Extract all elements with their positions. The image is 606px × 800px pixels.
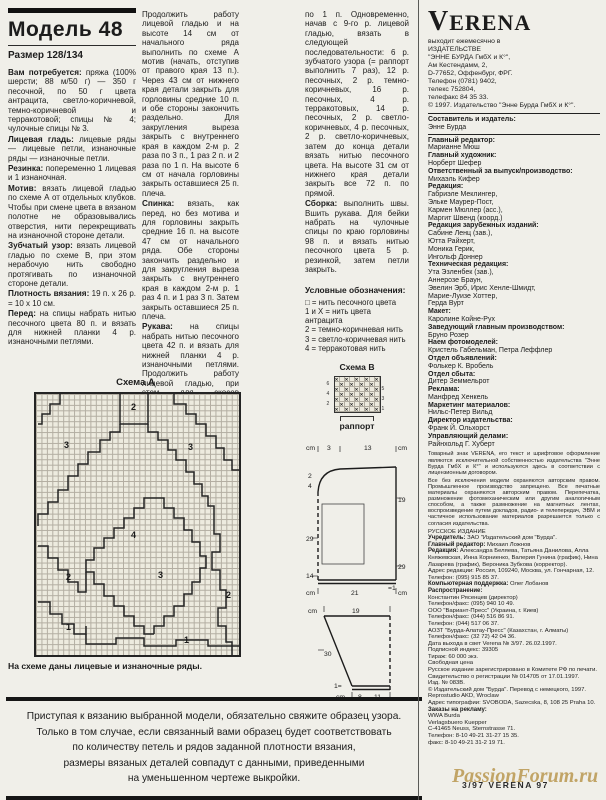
gauge-notice: Приступая к вязанию выбранной модели, об…	[6, 697, 422, 800]
masthead-column: VERENA выходит ежемесячно вИЗДАТЕЛЬСТВЕ"…	[428, 6, 600, 794]
text-line: Редакция: Александра Беляева, Татьяна Да…	[428, 548, 600, 568]
text-line: "ЭННЕ БУРДА ГмбХ и К°",	[428, 54, 600, 62]
staff-name: Энне Бурда	[428, 124, 600, 132]
chart-a-title: Схема А	[34, 377, 237, 388]
rapport-label: раппорт	[305, 422, 409, 431]
staff-entry: Реклама:Манфред Хенкель	[428, 386, 600, 402]
text-line: Только в том случае, если связанный вами…	[8, 725, 420, 741]
staff-role: Редакция:	[428, 183, 600, 191]
staff-name: Ютта Райхерт,	[428, 238, 600, 246]
chart-region-label: 5	[382, 385, 385, 394]
text-line: D-77652, Оффенбург, ФРГ.	[428, 70, 600, 78]
text-line: на уменьшенном чертеже выкройки.	[8, 771, 420, 787]
left-instructions-column: Вам потребуется: пряжа (100% шерсти; 88 …	[8, 68, 136, 348]
text-line: © 1997. Издательство "Энне Бурда ГмбХ и …	[428, 102, 600, 110]
paragraph: Сборка: выполнить швы. Вшить рукава. Для…	[305, 199, 409, 274]
chart-b-title: Схема В	[305, 363, 409, 372]
paragraph: Продолжить работу лицевой гладью и на вы…	[142, 10, 239, 198]
staff-name: Габриэле Меклингер,	[428, 191, 600, 199]
staff-role: Отдел сбыта:	[428, 371, 600, 379]
text-line: по количеству петель и рядов заданной пл…	[8, 740, 420, 756]
publisher-info: выходит ежемесячно вИЗДАТЕЛЬСТВЕ"ЭННЕ БУ…	[428, 38, 600, 110]
front-left-height: 29	[306, 536, 314, 543]
staff-name: Герда Вурт	[428, 300, 600, 308]
chart-b: Схема В ✕✕✕✕✕✕✕✕✕✕✕✕✕✕✕✕✕✕✕✕✕✕✕✕✕✕✕✕✕✕✕✕…	[305, 363, 409, 432]
paragraph: Мотив: вязать лицевой гладью по схеме А …	[8, 184, 136, 240]
magazine-page: Модель 48 Размер 128/134 Вам потребуется…	[0, 0, 606, 800]
staff-name: Нильс-Петер Вильд	[428, 409, 600, 417]
chart-region-label: 6	[327, 380, 330, 389]
staff-entry: Техническая редакция:Ута Эзленбек (зав.)…	[428, 261, 600, 308]
text-line: телекс 752804,	[428, 86, 600, 94]
staff-name: Норберт Шефер	[428, 160, 600, 168]
staff-role: Отдел объявлений:	[428, 355, 600, 363]
front-neck-width: 3	[327, 445, 331, 452]
staff-entry: Главный редактор:Марианне Мюш	[428, 137, 600, 153]
staff-name: Ута Эзленбек (зав.),	[428, 269, 600, 277]
front-cm-top-left: cm	[306, 445, 315, 452]
staff-name: Моника Герик,	[428, 246, 600, 254]
text-line: Заказы на рекламу:	[428, 707, 600, 714]
text-line: 4 = терракотовая нить	[305, 344, 409, 353]
text-line: АОЗТ "Бурда-Алатау-Пресс" (Казахстан, г.…	[428, 628, 600, 635]
schematic-sleeve: cm 19 30 1= cm 8 11	[306, 602, 408, 702]
front-bottom-width: 21	[351, 590, 359, 596]
front-right-lower: 29	[398, 564, 406, 571]
legend-items: □ = нить песочного цвета1 и X = нить цве…	[305, 298, 409, 353]
text-line: 1 и X = нить цвета антрацита	[305, 307, 409, 325]
front-shoulder-width: 13	[364, 445, 372, 452]
staff-entry: Редакция:Габриэле Меклингер,Эльке Маурер…	[428, 183, 600, 222]
chart-region-label: 3	[188, 442, 193, 452]
text-line: телефакс 84 35 33.	[428, 94, 600, 102]
text-line: Компьютерная поддержка: Олег Лобанов	[428, 581, 600, 588]
staff-role: Редакция зарубежных изданий:	[428, 222, 600, 230]
text-line: Телефон: 8-10 49-21 31-27 15 35.	[428, 733, 600, 740]
text-line: Адрес типографии: SVOBODA, Sazecska, 8, …	[428, 700, 600, 707]
russian-edition-info: РУССКОЕ ИЗДАНИЕУчредитель: ЗАО "Издатель…	[428, 529, 600, 747]
staff-name: Каролине Койне-Рух	[428, 316, 600, 324]
chart-region-label: 2	[131, 402, 136, 412]
paragraph: Спинка: вязать, как перед, но без мотива…	[142, 199, 239, 321]
staff-entry: Макет:Каролине Койне-Рух	[428, 308, 600, 324]
staff-role: Управляющий делами:	[428, 433, 600, 441]
text-line: ООО "Вариант-Пресс" (Украина, г. Киев)	[428, 608, 600, 615]
right-instructions-column: по 1 п. Одновременно, начав с 9-го р. ли…	[305, 10, 409, 702]
text-line: Товарный знак VERENA, его текст и шрифто…	[428, 451, 600, 475]
staff-entry: Наем фотомоделей:Кристель Габельман, Пет…	[428, 339, 600, 355]
text-line: Ам Кестендамм, 2,	[428, 62, 600, 70]
chart-region-label: 1	[382, 405, 385, 414]
text-line: Телефон: (044) 517 06 37.	[428, 621, 600, 628]
paragraph: по 1 п. Одновременно, начав с 9-го р. ли…	[305, 10, 409, 198]
sleeve-cm-top: cm	[308, 608, 317, 615]
chart-region-label: 2	[327, 400, 330, 409]
staff-role: Наем фотомоделей:	[428, 339, 600, 347]
staff-name: Райнхольд Г. Хуберт	[428, 441, 600, 449]
staff-role: Техническая редакция:	[428, 261, 600, 269]
staff-name: Фолькер К. Вробель	[428, 363, 600, 371]
chart-region-label: 3	[382, 395, 385, 404]
front-neck-depth-1: 2	[308, 473, 312, 480]
text-line: выходит ежемесячно в	[428, 38, 600, 46]
paragraph: Вам потребуется: пряжа (100% шерсти; 88 …	[8, 68, 136, 134]
staff-role: Макет:	[428, 308, 600, 316]
text-line: 3 = светло-коричневая нить	[305, 335, 409, 344]
text-line: Телефон (0781) 9402,	[428, 78, 600, 86]
sleeve-top-width: 19	[352, 608, 360, 615]
sleeve-left-height: 30	[324, 651, 332, 658]
text-line: Все без исключения модели охраняются авт…	[428, 478, 600, 527]
chart-region-label: 2	[66, 572, 71, 582]
front-cm-bottom-left: cm	[306, 590, 315, 596]
paragraph: Лицевая гладь: лицевые ряды — лицевые пе…	[8, 135, 136, 163]
staff-role: Директор издательства:	[428, 417, 600, 425]
front-left-lower: 14	[306, 573, 314, 580]
verena-logo: VERENA	[428, 6, 600, 38]
page-title: Модель 48	[8, 18, 136, 42]
staff-name: Эльке Маурер-Пост,	[428, 199, 600, 207]
chart-b-area: ✕✕✕✕✕✕✕✕✕✕✕✕✕✕✕✕✕✕✕✕✕✕✕✕✕✕✕✕✕✕✕✕ 642531	[334, 376, 381, 413]
chart-region-label: 2	[226, 590, 231, 600]
staff-role: Составитель и издатель:	[428, 116, 600, 124]
schematic-front-piece: cm 3 13 cm 2 4 29 14 19 29 cm 21 =1 cm	[306, 438, 408, 596]
text-line: Verlagsbuero Kuepper	[428, 720, 600, 727]
chart-a-grid: 233423211	[34, 392, 241, 657]
stitch-anthracite: ✕	[375, 407, 380, 412]
text-line: Адрес редакции: Россия, 109240, Москва, …	[428, 568, 600, 581]
chart-a-region-outlines	[36, 394, 239, 655]
staff-name: Эвелин Эрб, Ирис Хенле-Шмидт,	[428, 285, 600, 293]
text-line: ИЗДАТЕЛЬСТВЕ	[428, 46, 600, 54]
front-cm-top-right: cm	[398, 445, 407, 452]
paragraph: Плотность вязания: 19 п. х 26 р. = 10 х …	[8, 289, 136, 308]
paragraph: Перед: на спицы набрать нитью песочного …	[8, 309, 136, 347]
staff-role: Маркетинг материалов:	[428, 402, 600, 410]
text-line: □ = нить песочного цвета	[305, 298, 409, 307]
staff-entry: Отдел сбыта:Дитер Земмельрот	[428, 371, 600, 387]
staff-name: Дитер Земмельрот	[428, 378, 600, 386]
text-line: C-41465 Neuss, Sternstrasse 71.	[428, 726, 600, 733]
text-line: Подписной индекс: 39305	[428, 647, 600, 654]
text-line: Телефон/факс: (32 72) 42 04 36.	[428, 634, 600, 641]
text-line: Свободная цена	[428, 660, 600, 667]
staff-entry: Отдел объявлений:Фолькер К. Вробель	[428, 355, 600, 371]
staff-entry: Заведующий главным производством:Бруно Р…	[428, 324, 600, 340]
chart-region-label: 3	[64, 440, 69, 450]
column-divider	[418, 0, 419, 800]
staff-role: Реклама:	[428, 386, 600, 394]
text-line: Главный редактор: Михаил Ложнов	[428, 542, 600, 549]
front-cm-bottom-right: cm	[398, 590, 407, 596]
staff-entry: Управляющий делами:Райнхольд Г. Хуберт	[428, 433, 600, 449]
sleeve-eq-one: 1=	[334, 683, 342, 690]
right-column-paragraphs: по 1 п. Одновременно, начав с 9-го р. ли…	[305, 10, 409, 274]
staff-list: Составитель и издатель:Энне БурдаГлавный…	[428, 113, 600, 448]
text-line: Распространение:	[428, 588, 600, 595]
paragraph: Зубчатый узор: вязать лицевой гладью по …	[8, 241, 136, 288]
staff-entry: Составитель и издатель:Энне Бурда	[428, 113, 600, 135]
text-line: Учредитель: ЗАО "Издательский дом "Бурда…	[428, 535, 600, 542]
staff-role: Главный редактор:	[428, 137, 600, 145]
staff-name: Франк Й. Ольхорст	[428, 425, 600, 433]
text-line: Приступая к вязанию выбранной модели, об…	[8, 709, 420, 725]
copyright-fine-print: Товарный знак VERENA, его текст и шрифто…	[428, 451, 600, 526]
staff-name: Михаэль Кифер	[428, 176, 600, 184]
chart-region-label: 1	[66, 622, 71, 632]
chart-region-label: 4	[131, 530, 136, 540]
model-title-block: Модель 48	[8, 8, 136, 46]
staff-entry: Редакция зарубежных изданий:Сабине Ленц …	[428, 222, 600, 261]
chart-a-caption: На схеме даны лицевые и изнаночные ряды.	[8, 661, 258, 671]
staff-name: Аннерозе Браун,	[428, 277, 600, 285]
text-line: факс: 8-10 49-21 31-2 19 71.	[428, 740, 600, 747]
forum-watermark: PassionForum.ru	[452, 765, 598, 788]
chart-region-label: 1	[184, 635, 189, 645]
legend-title: Условные обозначения:	[305, 286, 409, 295]
front-right-upper: 19	[398, 497, 406, 504]
staff-entry: Маркетинг материалов:Нильс-Петер Вильд	[428, 402, 600, 418]
paragraph: Резинка: попеременно 1 лицевая и 1 изнан…	[8, 164, 136, 183]
text-line: размеры вязаных деталей совпадут с данны…	[8, 756, 420, 772]
staff-name: Кармен Мюллер (асс.),	[428, 207, 600, 215]
symbols-legend: Условные обозначения: □ = нить песочного…	[305, 286, 409, 353]
text-line: WWA Burda	[428, 713, 600, 720]
chart-region-label: 3	[158, 570, 163, 580]
text-line: Тираж: 60 000 экз.	[428, 654, 600, 661]
text-line: Русское издание зарегистрировано в Комит…	[428, 667, 600, 680]
staff-name: Манфред Хенкель	[428, 394, 600, 402]
staff-entry: Главный художник:Норберт Шефер	[428, 152, 600, 168]
staff-role: Заведующий главным производством:	[428, 324, 600, 332]
staff-name: Ингольф Доннер	[428, 254, 600, 262]
staff-entry: Директор издательства:Франк Й. Ольхорст	[428, 417, 600, 433]
text-line: Изд. № 083В.	[428, 680, 600, 687]
staff-entry: Ответственный за выпуск/производство:Мих…	[428, 168, 600, 184]
staff-name: Сабине Ленц (зав.),	[428, 230, 600, 238]
text-line: © Издательский дом "Бурда". Перевод с не…	[428, 687, 600, 694]
chart-b-grid: ✕✕✕✕✕✕✕✕✕✕✕✕✕✕✕✕✕✕✕✕✕✕✕✕✕✕✕✕✕✕✕✕	[334, 376, 381, 413]
size-label: Размер 128/134	[8, 50, 136, 61]
text-line: Телефон/факс: (095) 940 10 49.	[428, 601, 600, 608]
staff-name: Марие-Луизе Хоттер,	[428, 293, 600, 301]
text-line: 2 = темно-коричневая нить	[305, 325, 409, 334]
staff-role: Главный художник:	[428, 152, 600, 160]
middle-instructions-column: Продолжить работу лицевой гладью и на вы…	[142, 10, 239, 436]
chart-region-label: 4	[327, 390, 330, 399]
staff-name: Кристель Габельман, Петра Леффлер	[428, 347, 600, 355]
text-line: Константин Рясенцев (директор)	[428, 595, 600, 602]
staff-role: Ответственный за выпуск/производство:	[428, 168, 600, 176]
text-line: Телефон/факс: (044) 516 86 91.	[428, 614, 600, 621]
front-eq-one: =1	[388, 585, 396, 592]
front-neck-depth-2: 4	[308, 483, 312, 490]
text-line: Reprostudio AKD, Wroclaw	[428, 693, 600, 700]
